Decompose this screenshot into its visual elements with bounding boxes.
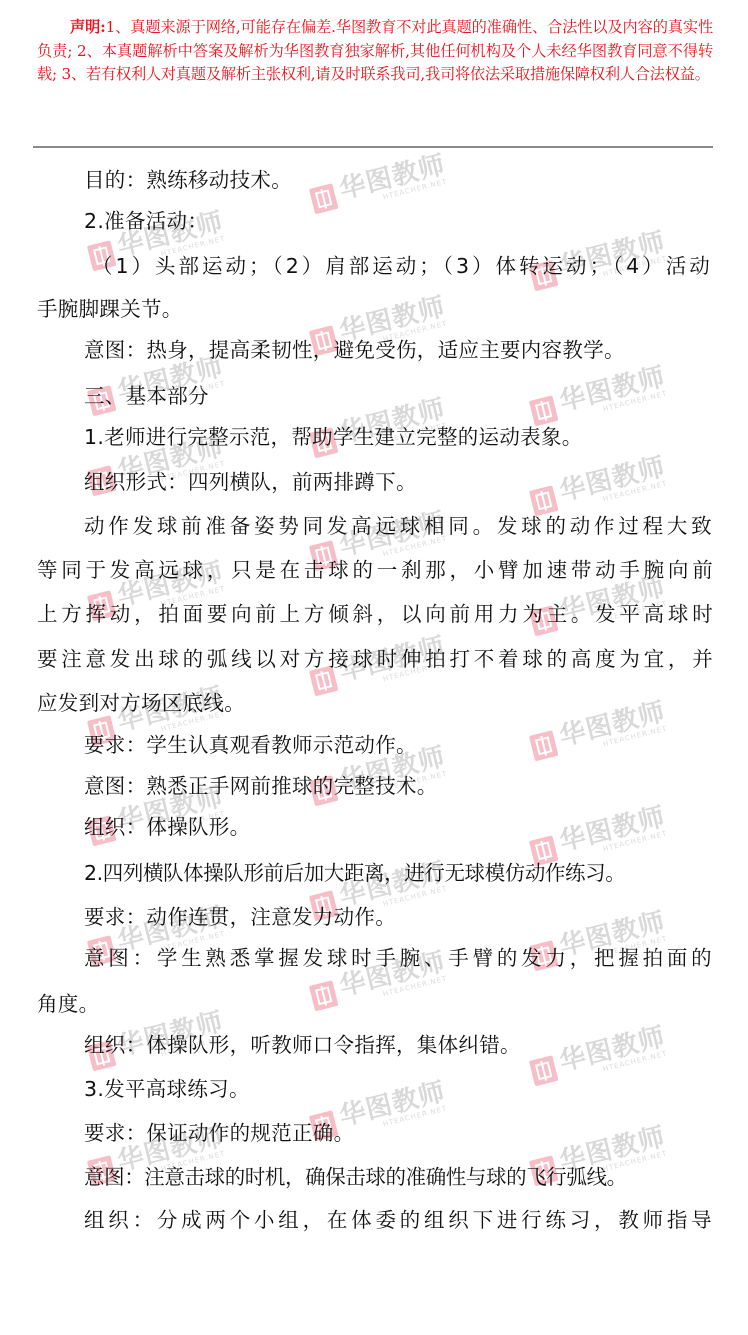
disclaimer-lead: 声明:: [70, 18, 106, 36]
watermark: 华图教师HTEACHER.NET: [528, 454, 670, 520]
body-line: 2.准备活动：: [84, 207, 208, 235]
body-line: 角度。: [37, 990, 99, 1018]
body-line: 动作发球前准备姿势同发高远球相同。发球的动作过程大致: [84, 512, 712, 540]
body-line: （1）头部运动；（2）肩部运动；（3）体转运动；（4）活动: [92, 252, 710, 280]
body-line: 组织：分成两个小组，在体委的组织下进行练习，教师指导: [84, 1206, 712, 1234]
body-line: 意图：热身，提高柔韧性，避免受伤，适应主要内容教学。: [84, 336, 625, 364]
body-line: 要注意发出球的弧线以对方接球时伸拍打不着球的高度为宜，并: [37, 645, 713, 673]
header-divider: [33, 146, 713, 148]
body-line: 意图：熟悉正手网前推球的完整技术。: [84, 772, 438, 800]
watermark-logo-icon: [309, 980, 339, 1011]
body-line: 上方挥动，拍面要向前上方倾斜，以向前用力为主。发平高球时: [37, 600, 713, 628]
body-line: 等同于发高远球，只是在击球的一刹那，小臂加速带动手腕向前: [37, 556, 713, 584]
disclaimer-notice: 声明:1、真题来源于网络,可能存在偏差.华图教育不对此真题的准确性、合法性以及内…: [37, 16, 713, 87]
watermark: 华图教师HTEACHER.NET: [528, 699, 670, 765]
watermark-logo-icon: [529, 1055, 559, 1086]
section-heading: 三、基本部分: [84, 382, 209, 410]
body-line: 应发到对方场区底线。: [37, 689, 245, 717]
body-line: 目的：熟练移动技术。: [84, 166, 292, 194]
body-line: 3.发平高球练习。: [84, 1075, 250, 1103]
watermark: 华图教师HTEACHER.NET: [528, 364, 670, 430]
body-line: 要求：学生认真观看教师示范动作。: [84, 731, 417, 759]
body-line: 1.老师进行完整示范，帮助学生建立完整的运动表象。: [84, 423, 583, 451]
watermark: 华图教师HTEACHER.NET: [308, 152, 450, 218]
body-line: 意图：注意击球的时机，确保击球的准确性与球的飞行弧线。: [84, 1163, 627, 1191]
watermark-logo-icon: [529, 395, 559, 426]
body-line: 要求：保证动作的规范正确。: [84, 1119, 354, 1147]
watermark-logo-icon: [309, 183, 339, 214]
body-line: 2.四列横队体操队形前后加大距离，进行无球模仿动作练习。: [84, 859, 625, 887]
body-line: 意图：学生熟悉掌握发球时手腕、手臂的发力，把握拍面的: [84, 944, 712, 972]
watermark: 华图教师HTEACHER.NET: [528, 1024, 670, 1090]
body-line: 组织：体操队形。: [84, 813, 250, 841]
disclaimer-text: 1、真题来源于网络,可能存在偏差.华图教育不对此真题的准确性、合法性以及内容的真…: [37, 18, 713, 83]
body-line: 组织：体操队形，听教师口令指挥，集体纠错。: [84, 1031, 521, 1059]
body-line: 要求：动作连贯，注意发力动作。: [84, 903, 396, 931]
body-line: 组织形式：四列横队，前两排蹲下。: [84, 468, 417, 496]
body-line: 手腕脚踝关节。: [37, 295, 183, 323]
watermark-logo-icon: [529, 730, 559, 761]
